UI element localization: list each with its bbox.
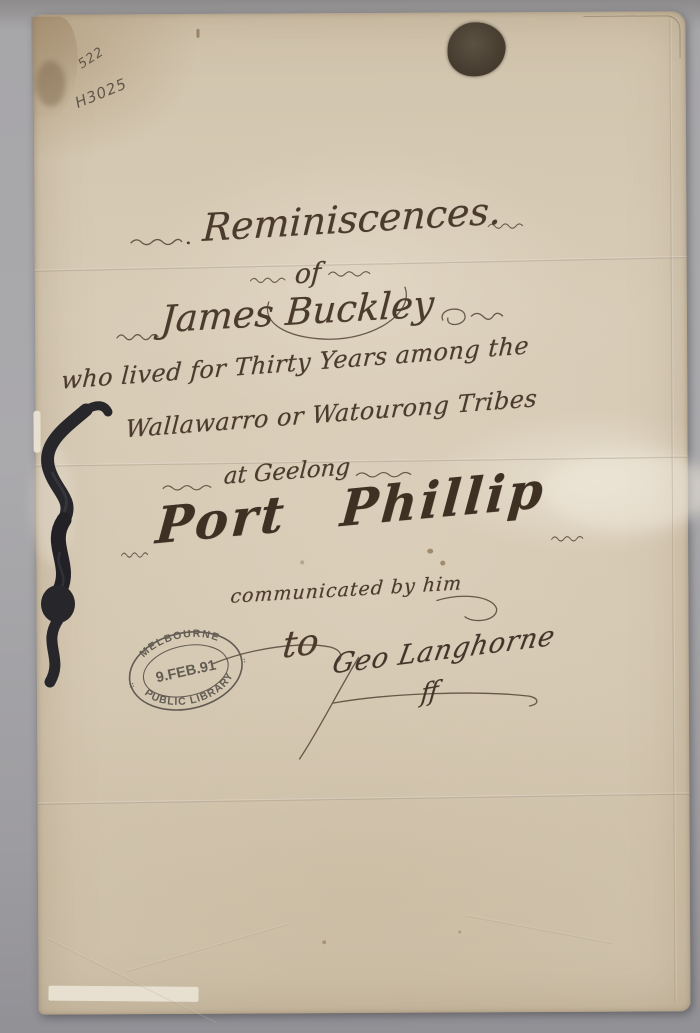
pencil-shelfmark: 522: [76, 44, 107, 72]
ink-flourish-loop: [435, 304, 507, 330]
svg-text:MELBOURNE: MELBOURNE: [135, 621, 224, 662]
abrasion-right: [544, 451, 700, 530]
crease-bottom-left-diagonal: [46, 937, 217, 1024]
fold-crease-lower: [38, 792, 690, 804]
crease-bottom-right-diagonal: [466, 914, 614, 944]
ink-flourish: [115, 329, 165, 343]
crease-bottom-diagonal: [126, 923, 290, 973]
ribbon-tie: [2, 402, 118, 692]
library-stamp: MELBOURNE PUBLIC LIBRARY 9.FEB.91 :: ::: [112, 610, 259, 731]
ink-speck: [440, 561, 445, 566]
ink-speck: [300, 560, 304, 564]
under-page-edge-bottom: [48, 986, 198, 1002]
title-line-tribes: Wallawarro or Watourong Tribes: [125, 384, 538, 443]
manuscript-page: 522 H3025 Reminiscences. of James Buckle…: [33, 11, 690, 1014]
signature-entry-stroke: [295, 653, 366, 763]
page-stack-edge: [583, 15, 680, 59]
title-line-communicated: communicated by him: [230, 572, 463, 607]
ink-speck: [458, 930, 461, 933]
title-line-port-phillip: Port Phillip: [154, 460, 549, 556]
ink-speck: [322, 940, 326, 944]
ink-speck: [196, 29, 199, 38]
ink-flourish-tail: [432, 590, 502, 626]
stain-top-left-dark: [36, 61, 66, 107]
ink-flourish: [550, 532, 588, 544]
ink-speck: [427, 549, 433, 554]
stamp-arc-top-text: MELBOURNE: [135, 621, 224, 662]
title-line-reminiscences: Reminiscences.: [201, 189, 502, 250]
ink-flourish: [486, 219, 528, 231]
ink-flourish: [129, 234, 193, 248]
ink-flourish: [327, 267, 377, 279]
ink-flourish: [120, 548, 152, 560]
stamp-left-mark: ::: [126, 682, 136, 689]
ink-blot: [447, 22, 505, 76]
pencil-accession-number: H3025: [72, 75, 129, 112]
stamp-right-mark: ::: [238, 657, 248, 664]
signature-paraph: ff: [419, 675, 439, 708]
photograph-of-manuscript: { "paper": { "pencil_marks": { "shelf_nu…: [0, 0, 700, 1033]
stamp-date-text: 9.FEB.91: [154, 658, 217, 687]
